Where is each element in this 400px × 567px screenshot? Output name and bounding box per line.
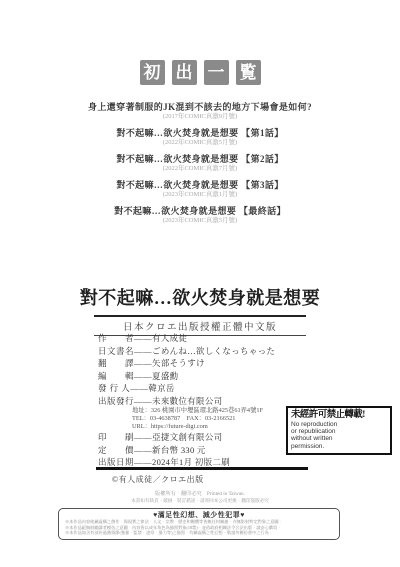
- publication-entry: 對不起嘛…欲火焚身就是想要 【最終話】 (2023年COMIC真激5月號): [0, 205, 400, 225]
- fine-print-line: 本書如有缺頁‧破損‧裝訂錯誤‧請寄回本公司更換‧翻印盜版必究: [0, 498, 400, 504]
- publication-title: 對不起嘛…欲火焚身就是想要 【最終話】: [0, 205, 400, 217]
- publication-title: 身上還穿著制服的JK混到不該去的地方下場會是如何?: [0, 101, 400, 113]
- credit-value: 夏盛勳: [152, 370, 178, 383]
- publication-source: (2022年COMIC真激7月號): [0, 165, 400, 173]
- credit-label: 編 輯——: [98, 370, 152, 383]
- header-char-box: 出: [172, 60, 197, 85]
- credit-row: 定 價——新台幣 330 元: [98, 444, 313, 457]
- book-title-block: 對不起嘛…欲火焚身就是想要 日本クロエ出版授權正體中文版: [0, 284, 400, 336]
- stamp-cjk-text: 未經許可禁止轉載!: [291, 410, 387, 421]
- publication-source: (2023年COMIC真激5月號): [0, 217, 400, 225]
- credit-value: 亞捷文創有限公司: [152, 431, 222, 444]
- publication-title: 對不起嘛…欲火焚身就是想要 【第3話】: [0, 179, 400, 191]
- disclaimer-title: ♥滿足性幻想、減少性犯罪♥: [65, 511, 333, 519]
- fine-print: 版權所有‧翻印必究 Printed in Taiwan. 本書如有缺頁‧破損‧裝…: [0, 491, 400, 504]
- stamp-en-line: permission.: [291, 443, 387, 450]
- credit-label: 日文書名——: [98, 345, 152, 358]
- first-publication-list: 身上還穿著制服的JK混到不該去的地方下場會是如何? (2017年COMIC真激9…: [0, 101, 400, 231]
- credit-value: 未來數位有限公司: [152, 395, 222, 408]
- publication-source: (2022年COMIC真激5月號): [0, 139, 400, 147]
- credit-label: 翻 譯——: [98, 357, 152, 370]
- stamp-en-line: without written: [291, 435, 387, 442]
- stamp-en-line: or republication: [291, 428, 387, 435]
- publication-title: 對不起嘛…欲火焚身就是想要 【第2話】: [0, 153, 400, 165]
- credit-value: 韓京岳: [148, 382, 174, 395]
- credit-value: 矢部そうすけ: [152, 357, 205, 370]
- publication-title: 對不起嘛…欲火焚身就是想要 【第1話】: [0, 127, 400, 139]
- no-reproduction-stamp: 未經許可禁止轉載! No reproduction or republicati…: [286, 406, 392, 455]
- credit-row: 出版發行——未來數位有限公司: [98, 395, 313, 408]
- stamp-en-line: No reproduction: [291, 421, 387, 428]
- credit-row: 翻 譯——矢部そうすけ: [98, 357, 313, 370]
- credit-value: 有人成徒: [152, 332, 187, 345]
- credits-block: 作 者——有人成徒 日文書名——ごめんね…欲しくなっちゃった 翻 譯——矢部そう…: [98, 332, 313, 469]
- divider-thick: [96, 467, 308, 470]
- credit-label: 出版發行——: [98, 395, 152, 408]
- credit-row: 日文書名——ごめんね…欲しくなっちゃった: [98, 345, 313, 358]
- publication-source: (2023年COMIC真激1月號): [0, 191, 400, 199]
- disclaimer-line: ※本作品如含有部份過激情節(強暴‧監禁‧凌辱‧暴力等)之描寫‧均屬虛構之性幻想‧…: [65, 530, 333, 536]
- credit-row: 作 者——有人成徒: [98, 332, 313, 345]
- header-char-box: 覧: [236, 60, 261, 85]
- credit-label: 定 價——: [98, 444, 152, 457]
- book-title: 對不起嘛…欲火焚身就是想要: [0, 284, 400, 310]
- credit-label: 印 刷——: [98, 431, 152, 444]
- header-char-box: 初: [140, 60, 165, 85]
- credit-row: 印 刷——亞捷文創有限公司: [98, 431, 313, 444]
- credit-row: 編 輯——夏盛勳: [98, 370, 313, 383]
- header-char-box: 一: [204, 60, 229, 85]
- publication-entry: 對不起嘛…欲火焚身就是想要 【第1話】 (2022年COMIC真激5月號): [0, 127, 400, 147]
- first-publication-header: 初 出 一 覧: [0, 60, 400, 85]
- credit-value: 新台幣 330 元: [152, 444, 206, 457]
- disclaimer-box: ♥滿足性幻想、減少性犯罪♥ ※本作品內容純屬虛構之創作‧與現實之律法‧人文‧宗教…: [58, 508, 340, 540]
- publication-entry: 身上還穿著制服的JK混到不該去的地方下場會是如何? (2017年COMIC真激9…: [0, 101, 400, 121]
- credit-value: ごめんね…欲しくなっちゃった: [152, 345, 275, 358]
- copyright-line: ©有人成徒／クロエ出版: [112, 474, 204, 485]
- credit-label: 發 行 人——: [98, 382, 148, 395]
- publication-entry: 對不起嘛…欲火焚身就是想要 【第3話】 (2023年COMIC真激1月號): [0, 179, 400, 199]
- credit-row: 發 行 人——韓京岳: [98, 382, 313, 395]
- publication-entry: 對不起嘛…欲火焚身就是想要 【第2話】 (2022年COMIC真激7月號): [0, 153, 400, 173]
- credit-label: 作 者——: [98, 332, 152, 345]
- publication-source: (2017年COMIC真激9月號): [0, 113, 400, 121]
